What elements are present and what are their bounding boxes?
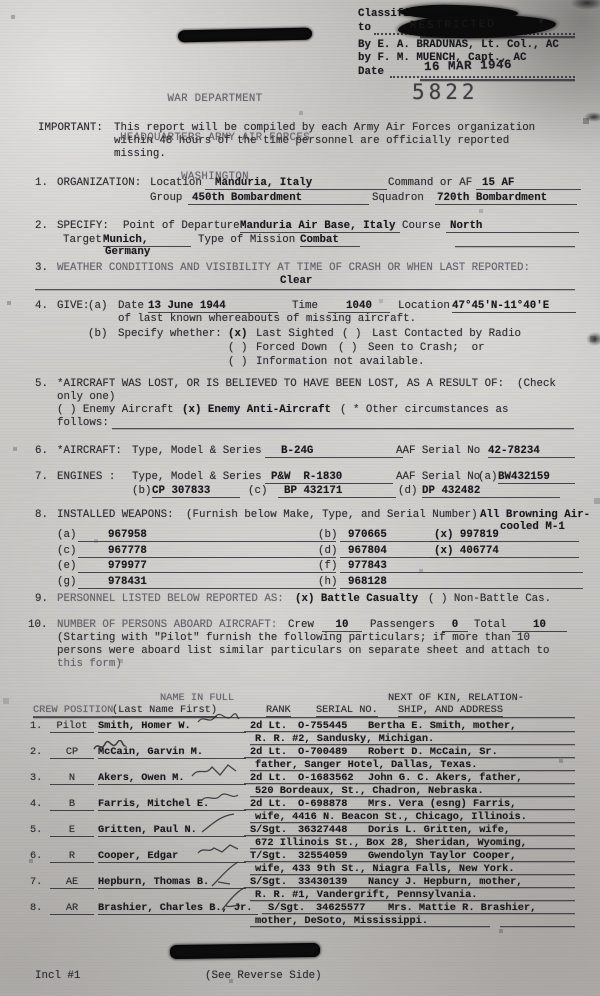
crew-kin-line1: Bertha E. Smith, mother,: [368, 720, 516, 732]
signature-mark: [200, 791, 240, 804]
crew-row-number: 5.: [30, 824, 42, 836]
classification-to-label: to: [358, 22, 371, 34]
check-seen-crash-label: Seen to Crash; or: [368, 342, 485, 354]
weather-fill-line: [35, 289, 575, 290]
crew-position: B: [50, 798, 94, 811]
weapon-d-label: (d): [318, 545, 337, 557]
date-fill-line: [390, 76, 575, 78]
engine-b-label: (b): [132, 485, 151, 497]
weapon-e-serial: 979977: [78, 560, 336, 573]
crew-serial: 36327448: [298, 824, 347, 836]
crew-serial: O-700489: [298, 746, 347, 758]
weapon-f-label: (f): [318, 560, 337, 572]
crew-rank: 2d Lt.: [250, 720, 287, 732]
crew-rank: 2d Lt.: [250, 772, 287, 784]
item9-number: 9.: [35, 593, 48, 605]
signature-mark: [196, 842, 240, 856]
weather-value: Clear: [280, 275, 312, 287]
mission-label: Type of Mission: [198, 234, 295, 246]
crew-kin-line1: Mrs. Vera (esng) Farris,: [368, 798, 516, 810]
crew-serial: 34625577: [316, 902, 365, 914]
weapon-f-serial: 977843: [340, 560, 583, 573]
command-label: Command or AF: [388, 177, 472, 189]
check-no-info-label: Information not available.: [256, 356, 424, 368]
crew-rank: S/Sgt.: [250, 876, 287, 888]
crew-row-number: 8.: [30, 902, 42, 914]
crew-position: R: [50, 850, 94, 863]
time-value: 1040: [328, 300, 390, 313]
war-department-line: WAR DEPARTMENT: [85, 93, 345, 106]
engine-type-value: P&W R-1830: [265, 471, 393, 484]
crew-kin-line1: Doris L. Gritten, wife,: [368, 824, 510, 836]
check-no-info-mark: ( ): [228, 356, 247, 368]
total-value: 10: [512, 619, 567, 632]
squadron-label: Squadron: [372, 192, 424, 204]
crew-kin-line2: R. R. #2, Sandusky, Michigan.: [255, 733, 434, 745]
kin-header-line2: SHIP, AND ADDRESS: [398, 704, 503, 717]
crew-kin-line2: father, Sanger Hotel, Dallas, Texas.: [255, 759, 477, 771]
date-value: 13 June 1944: [148, 300, 278, 313]
crew-kin-line2: wife, 433 9th St., Niagra Falls, New Yor…: [255, 863, 515, 875]
crew-rank: S/Sgt.: [250, 824, 287, 836]
item1-label: ORGANIZATION:: [57, 177, 141, 189]
item3-label: WEATHER CONDITIONS AND VISIBILITY AT TIM…: [57, 262, 530, 274]
ink-smudge: [586, 332, 600, 346]
target-value-line2: Germany: [105, 246, 150, 258]
weapon-a-label: (a): [57, 529, 76, 541]
item8-number: 8.: [35, 509, 48, 521]
weapon-g-serial: 978431: [78, 576, 336, 589]
item10-note-line2: persons were aboard list similar particu…: [57, 645, 549, 657]
item4b-label: Specify whether:: [118, 328, 222, 340]
table-header-rule: [33, 717, 575, 718]
crew-row-number: 4.: [30, 798, 42, 810]
check-radio-mark: ( ): [342, 328, 361, 340]
item2-number: 2.: [35, 220, 48, 232]
check-mark: [218, 886, 248, 912]
item4a-marker: (a): [88, 300, 107, 312]
check-mark: [208, 860, 242, 888]
aircraft-type-label: Type, Model & Series: [132, 445, 262, 457]
mission-value: Combat: [300, 234, 360, 247]
departure-label: Point of Departure: [123, 220, 240, 232]
crew-kin-line1: Nancy J. Hepburn, mother,: [368, 876, 522, 888]
engine-b-value: CP 307833: [152, 485, 240, 498]
course-label: Course: [402, 220, 441, 232]
item4a-continuation: of last known whereabouts of missing air…: [118, 313, 416, 325]
check-enemy-antiaircraft: (x) Enemy Anti-Aircraft: [182, 404, 331, 416]
check-forced-down-label: Forced Down: [256, 342, 327, 354]
declassify-authority-1: By E. A. BRADUNAS, Lt. Col., AC: [358, 39, 559, 51]
location-value: Manduria, Italy: [205, 177, 387, 190]
aircraft-type-value: B-24G: [265, 445, 403, 458]
weapon-e-label: (e): [57, 560, 76, 572]
crew-serial: O-755445: [298, 720, 347, 732]
engine-a-label: (a): [478, 471, 497, 483]
crew-serial: O-1683562: [298, 772, 354, 784]
engine-c-value: BP 432171: [278, 485, 396, 498]
follows-fill-line: [112, 428, 574, 429]
important-text: This report will be compiled by each Arm…: [114, 122, 559, 161]
crew-position: CP: [50, 746, 94, 759]
item7-number: 7.: [35, 471, 48, 483]
signature-mark: [190, 763, 238, 779]
check-radio-label: Last Contacted by Radio: [372, 328, 521, 340]
crew-rank: 2d Lt.: [250, 798, 287, 810]
crew-position: AE: [50, 876, 94, 889]
weapons-paren-label: (Furnish below Make, Type, and Serial Nu…: [186, 509, 478, 521]
date-stamp: 16 MAR 1946: [424, 58, 512, 74]
weapon-h-serial: 968128: [340, 576, 583, 589]
check-seen-crash-mark: ( ): [338, 342, 357, 354]
battle-casualty-check: (x) Battle Casualty: [295, 593, 418, 605]
engine-type-label: Type, Model & Series: [132, 471, 262, 483]
crew-count-label: Crew: [288, 619, 314, 631]
row-rule: [500, 926, 575, 927]
crew-position: E: [50, 824, 94, 837]
crew-kin-line2: 672 Illinois St., Box 28, Sheridan, Wyom…: [255, 837, 527, 849]
engine-a-value: BW432159: [498, 471, 575, 484]
item8-label: INSTALLED WEAPONS:: [57, 509, 174, 521]
date-field-label: Date: [118, 300, 144, 312]
crew-serial: O-698878: [298, 798, 347, 810]
crew-kin-line2: R. R. #1, Vandergrift, Pennsylvania.: [255, 889, 477, 901]
engine-d-value: DP 432482: [422, 485, 560, 498]
item7-label: ENGINES :: [57, 471, 115, 483]
ink-smudge: [570, 0, 600, 10]
group-label: Group: [150, 192, 182, 204]
crew-position: N: [50, 772, 94, 785]
weapon-d-serial: 967804: [340, 545, 438, 558]
group-value: 450th Bombardment: [188, 192, 369, 205]
crew-kin-line2: 520 Bordeaux, St., Chadron, Nebraska.: [255, 785, 484, 797]
scan-noise-specks: [0, 0, 2, 2]
crew-row-number: 1.: [30, 720, 42, 732]
crew-kin-line2: mother, DeSoto, Mississippi.: [255, 915, 428, 927]
next-of-kin-header-line1: NEXT OF KIN, RELATION-: [388, 692, 524, 704]
item4b-marker: (b): [88, 328, 107, 340]
aircraft-serial-label: AAF Serial No: [396, 445, 480, 457]
crew-kin-line1: John G. C. Akers, father,: [368, 772, 522, 784]
rank-header: RANK: [266, 704, 291, 717]
check-last-sighted-mark: (x): [228, 328, 247, 340]
important-label: IMPORTANT:: [38, 122, 103, 134]
item9-label: PERSONNEL LISTED BELOW REPORTED AS:: [57, 593, 284, 605]
check-enemy-aircraft: ( ) Enemy Aircraft: [57, 404, 174, 416]
total-label: Total: [474, 619, 506, 631]
scribble-mark: [92, 740, 126, 753]
redaction-bar-bottom: [170, 943, 320, 959]
coords-label: Location: [398, 300, 450, 312]
passengers-value: 0: [442, 619, 468, 632]
weapon-b-label: (b): [318, 529, 337, 541]
engine-serial-label: AAF Serial No: [396, 471, 480, 483]
item10-note-line1: (Starting with "Pilot" furnish the follo…: [57, 632, 530, 644]
crew-count-value: 10: [322, 619, 362, 632]
other-circumstances-label: ( * Other circumstances as: [340, 404, 508, 416]
weapon-b-serial: 970665: [340, 529, 438, 542]
crew-kin-line1: Mrs. Mattie R. Brashier,: [388, 902, 536, 914]
weapon-c-label: (c): [57, 545, 76, 557]
check-forced-down-mark: ( ): [228, 342, 247, 354]
weapons-note-line1: All Browning Air-: [480, 509, 590, 521]
item6-label: *AIRCRAFT:: [57, 445, 122, 457]
crew-serial: 33430139: [298, 876, 347, 888]
item2-label: SPECIFY:: [57, 220, 109, 232]
crew-row-number: 2.: [30, 746, 42, 758]
crew-rank: T/Sgt.: [250, 850, 287, 862]
crew-row-number: 7.: [30, 876, 42, 888]
crew-position: AR: [50, 902, 94, 915]
item5-label-line2: only one): [57, 391, 115, 403]
crew-serial: 32554059: [298, 850, 347, 862]
nonbattle-casualty-check: ( ) Non-Battle Cas.: [428, 593, 551, 605]
squadron-value: 720th Bombardment: [435, 192, 577, 205]
item10-label: NUMBER OF PERSONS ABOARD AIRCRAFT:: [57, 619, 277, 631]
weapon-c-serial: 967778: [78, 545, 336, 558]
signature-mark: [196, 712, 240, 726]
redaction-bar-top: [178, 28, 312, 43]
name-in-full-header: NAME IN FULL: [160, 692, 234, 704]
item3-number: 3.: [35, 262, 48, 274]
check-mark: [198, 812, 238, 834]
blank-fill-line: [455, 246, 575, 247]
item10-number: 10.: [28, 619, 47, 631]
item4-label: GIVE:: [57, 300, 89, 312]
item10-note-line3: this form): [57, 658, 122, 670]
weapon-a-serial: 967958: [78, 529, 336, 542]
see-reverse-side-label: (See Reverse Side): [205, 970, 322, 982]
scanned-macr-document: Classification changed to RESTRICTED By …: [0, 0, 600, 996]
crew-kin-line2: wife, 4416 N. Beacon St., Chicago, Illin…: [255, 811, 527, 823]
crew-rank: S/Sgt.: [268, 902, 305, 914]
weapon-h-label: (h): [318, 576, 337, 588]
item4-number: 4.: [35, 300, 48, 312]
departure-value: Manduria Air Base, Italy: [240, 220, 400, 233]
crew-kin-line1: Gwendolyn Taylor Cooper,: [368, 850, 516, 862]
crew-kin-line1: Robert D. McCain, Sr.: [368, 746, 498, 758]
follows-label: follows:: [57, 417, 109, 429]
engine-d-label: (d): [398, 485, 417, 497]
ink-smudge: [584, 112, 600, 122]
item1-number: 1.: [35, 177, 48, 189]
crew-row-number: 3.: [30, 772, 42, 784]
command-value: 15 AF: [476, 177, 581, 190]
crew-row-number: 6.: [30, 850, 42, 862]
item5-number: 5.: [35, 378, 48, 390]
coords-value: 47°45'N-11°40'E: [452, 300, 576, 313]
serial-no-header: SERIAL NO.: [316, 704, 378, 717]
date-label: Date: [358, 66, 384, 78]
weapon-g-label: (g): [57, 576, 76, 588]
crew-rank: 2d Lt.: [250, 746, 287, 758]
weapon-x1-serial: (x) 997819: [430, 529, 579, 542]
report-number: 5822: [412, 80, 479, 104]
restricted-stamp-text: RESTRICTED: [410, 19, 496, 32]
weapon-x2-serial: (x) 406774: [430, 545, 579, 558]
course-value: North: [446, 220, 579, 233]
check-last-sighted-label: Last Sighted: [256, 328, 334, 340]
passengers-label: Passengers: [370, 619, 435, 631]
crew-position: Pilot: [50, 720, 94, 733]
item6-number: 6.: [35, 445, 48, 457]
time-label: Time: [292, 300, 318, 312]
aircraft-serial-value: 42-78234: [488, 445, 575, 458]
location-label: Location: [150, 177, 202, 189]
crew-position-header: CREW POSITION: [33, 704, 113, 717]
engine-c-label: (c): [248, 485, 267, 497]
item5-label-line1: *AIRCRAFT WAS LOST, OR IS BELIEVED TO HA…: [57, 378, 556, 390]
inclosure-label: Incl #1: [35, 970, 80, 982]
target-label: Target: [63, 234, 102, 246]
